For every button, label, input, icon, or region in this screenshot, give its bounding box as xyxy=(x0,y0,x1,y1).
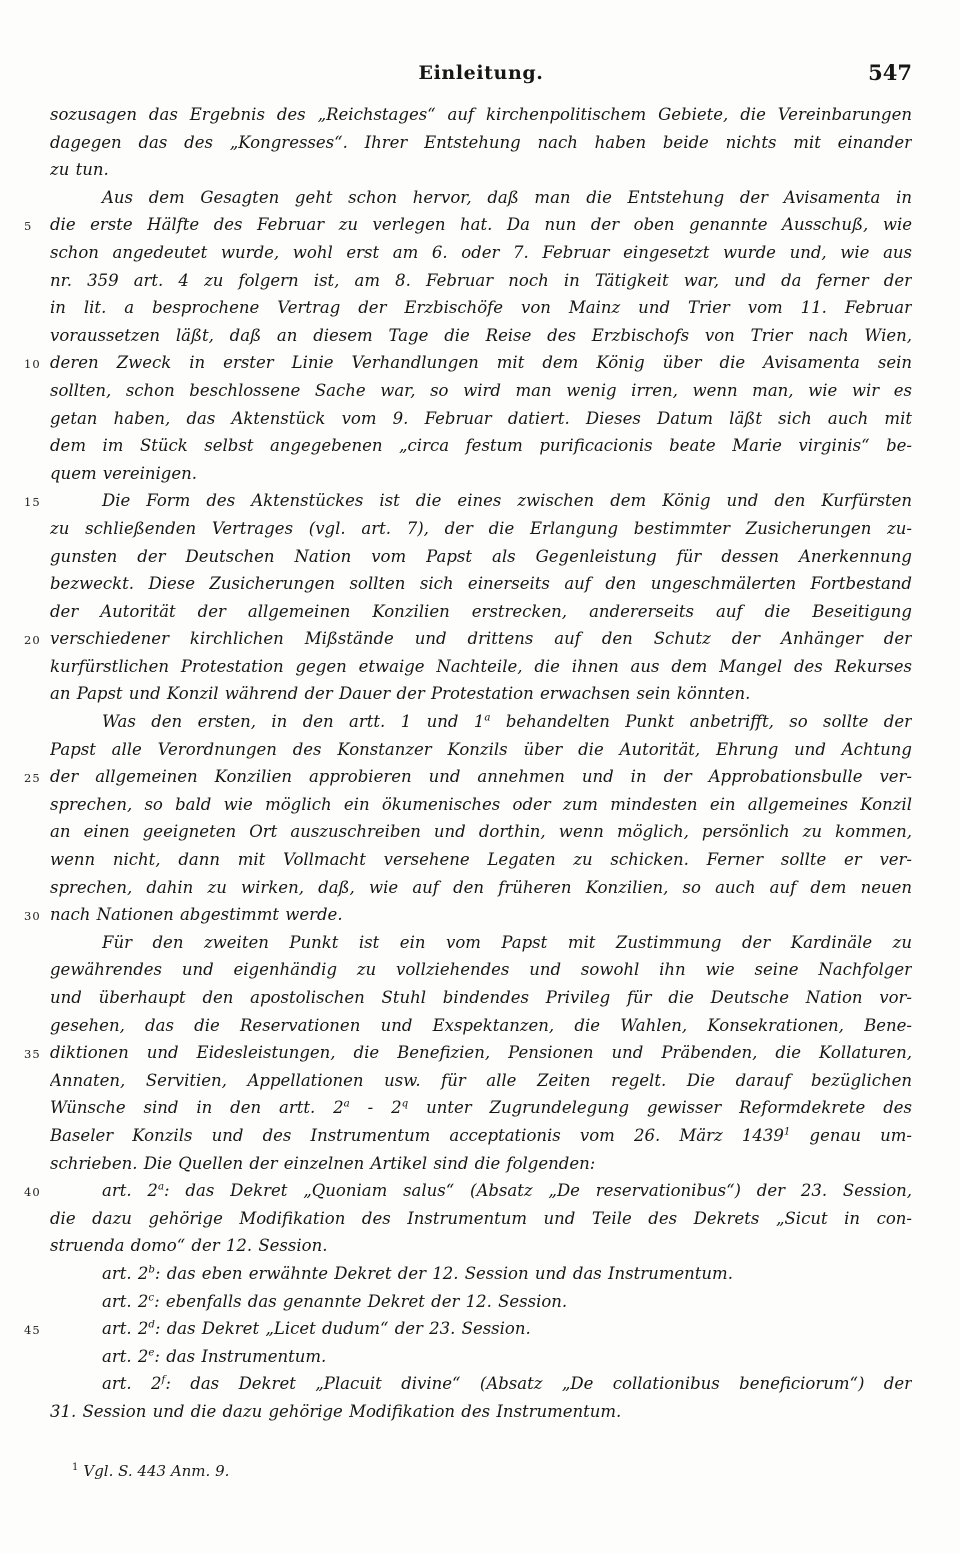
margin-line-number: 15 xyxy=(24,495,50,509)
line-text: sollten, schon beschlossene Sache war, s… xyxy=(50,377,912,405)
text-line: 35diktionen und Eidesleistungen, die Ben… xyxy=(24,1039,936,1067)
text-line: 45art. 2d: das Dekret „Licet dudum“ der … xyxy=(24,1315,936,1343)
text-line: Für den zweiten Punkt ist ein vom Papst … xyxy=(24,929,936,957)
line-text: und überhaupt den apostolischen Stuhl bi… xyxy=(50,984,912,1012)
margin-line-number: 20 xyxy=(24,633,50,647)
text-line: in lit. a besprochene Vertrag der Erzbis… xyxy=(24,294,936,322)
book-page: Einleitung. 547 sozusagen das Ergebnis d… xyxy=(0,0,960,1553)
text-line: 30nach Nationen abgestimmt werde. xyxy=(24,901,936,929)
line-text: 31. Session und die dazu gehörige Modifi… xyxy=(50,1398,912,1426)
running-head: Einleitung. 547 xyxy=(50,62,912,90)
line-text: die dazu gehörige Modifikation des Instr… xyxy=(50,1205,912,1233)
text-block: sozusagen das Ergebnis des „Reichstages“… xyxy=(24,101,936,1426)
line-text: art. 2d: das Dekret „Licet dudum“ der 23… xyxy=(50,1315,912,1343)
text-line: schon angedeutet wurde, wohl erst am 6. … xyxy=(24,239,936,267)
text-line: wenn nicht, dann mit Vollmacht versehene… xyxy=(24,846,936,874)
margin-line-number: 30 xyxy=(24,909,50,923)
line-text: Was den ersten, in den artt. 1 und 1a be… xyxy=(50,708,912,736)
line-text: quem vereinigen. xyxy=(50,460,912,488)
text-line: dagegen das des „Kongresses“. Ihrer Ents… xyxy=(24,129,936,157)
line-text: sozusagen das Ergebnis des „Reichstages“… xyxy=(50,101,912,129)
line-text: art. 2c: ebenfalls das genannte Dekret d… xyxy=(50,1288,912,1316)
text-line: bezweckt. Diese Zusicherungen sollten si… xyxy=(24,570,936,598)
text-line: gewährendes und eigenhändig zu vollziehe… xyxy=(24,956,936,984)
line-text: gunsten der Deutschen Nation vom Papst a… xyxy=(50,543,912,571)
text-line: zu schließenden Vertrages (vgl. art. 7),… xyxy=(24,515,936,543)
margin-line-number: 35 xyxy=(24,1047,50,1061)
text-line: Aus dem Gesagten geht schon hervor, daß … xyxy=(24,184,936,212)
line-text: deren Zweck in erster Linie Verhandlunge… xyxy=(50,349,912,377)
text-line: struenda domo“ der 12. Session. xyxy=(24,1232,936,1260)
line-text: art. 2f: das Dekret „Placuit divine“ (Ab… xyxy=(50,1370,912,1398)
footnote-marker: 1 xyxy=(72,1462,78,1473)
text-line: Annaten, Servitien, Appellationen usw. f… xyxy=(24,1067,936,1095)
text-line: und überhaupt den apostolischen Stuhl bi… xyxy=(24,984,936,1012)
text-line: sollten, schon beschlossene Sache war, s… xyxy=(24,377,936,405)
text-line: Papst alle Verordnungen des Konstanzer K… xyxy=(24,736,936,764)
text-line: 20verschiedener kirchlichen Mißstände un… xyxy=(24,625,936,653)
margin-line-number: 25 xyxy=(24,771,50,785)
text-line: art. 2c: ebenfalls das genannte Dekret d… xyxy=(24,1288,936,1316)
margin-line-number: 45 xyxy=(24,1323,50,1337)
line-text: an einen geeigneten Ort auszuschreiben u… xyxy=(50,818,912,846)
text-line: sprechen, dahin zu wirken, daß, wie auf … xyxy=(24,874,936,902)
line-text: gesehen, das die Reservationen und Exspe… xyxy=(50,1012,912,1040)
line-text: in lit. a besprochene Vertrag der Erzbis… xyxy=(50,294,912,322)
text-line: Baseler Konzils und des Instrumentum acc… xyxy=(24,1122,936,1150)
text-line: quem vereinigen. xyxy=(24,460,936,488)
text-line: gesehen, das die Reservationen und Exspe… xyxy=(24,1012,936,1040)
text-line: zu tun. xyxy=(24,156,936,184)
line-text: nach Nationen abgestimmt werde. xyxy=(50,901,912,929)
line-text: Für den zweiten Punkt ist ein vom Papst … xyxy=(50,929,912,957)
line-text: zu schließenden Vertrages (vgl. art. 7),… xyxy=(50,515,912,543)
text-line: Wünsche sind in den artt. 2a - 2q unter … xyxy=(24,1094,936,1122)
line-text: art. 2a: das Dekret „Quoniam salus“ (Abs… xyxy=(50,1177,912,1205)
line-text: Die Form des Aktenstückes ist die eines … xyxy=(50,487,912,515)
text-line: 15Die Form des Aktenstückes ist die eine… xyxy=(24,487,936,515)
text-line: art. 2b: das eben erwähnte Dekret der 12… xyxy=(24,1260,936,1288)
line-text: an Papst und Konzil während der Dauer de… xyxy=(50,680,912,708)
line-text: struenda domo“ der 12. Session. xyxy=(50,1232,912,1260)
line-text: Wünsche sind in den artt. 2a - 2q unter … xyxy=(50,1094,912,1122)
text-line: 31. Session und die dazu gehörige Modifi… xyxy=(24,1398,936,1426)
line-text: sprechen, dahin zu wirken, daß, wie auf … xyxy=(50,874,912,902)
text-line: dem im Stück selbst angegebenen „circa f… xyxy=(24,432,936,460)
text-line: schrieben. Die Quellen der einzelnen Art… xyxy=(24,1150,936,1178)
line-text: art. 2b: das eben erwähnte Dekret der 12… xyxy=(50,1260,912,1288)
text-line: der Autorität der allgemeinen Konzilien … xyxy=(24,598,936,626)
text-line: sprechen, so bald wie möglich ein ökumen… xyxy=(24,791,936,819)
text-line: art. 2f: das Dekret „Placuit divine“ (Ab… xyxy=(24,1370,936,1398)
chapter-title: Einleitung. xyxy=(50,62,912,84)
line-text: die erste Hälfte des Februar zu verlegen… xyxy=(50,211,912,239)
line-text: kurfürstlichen Protestation gegen etwaig… xyxy=(50,653,912,681)
text-line: an einen geeigneten Ort auszuschreiben u… xyxy=(24,818,936,846)
line-text: bezweckt. Diese Zusicherungen sollten si… xyxy=(50,570,912,598)
text-line: 10deren Zweck in erster Linie Verhandlun… xyxy=(24,349,936,377)
text-line: voraussetzen läßt, daß an diesem Tage di… xyxy=(24,322,936,350)
line-text: Aus dem Gesagten geht schon hervor, daß … xyxy=(50,184,912,212)
line-text: getan haben, das Aktenstück vom 9. Febru… xyxy=(50,405,912,433)
line-text: schrieben. Die Quellen der einzelnen Art… xyxy=(50,1150,912,1178)
text-line: nr. 359 art. 4 zu folgern ist, am 8. Feb… xyxy=(24,267,936,295)
line-text: schon angedeutet wurde, wohl erst am 6. … xyxy=(50,239,912,267)
footnote-text: Vgl. S. 443 Anm. 9. xyxy=(83,1462,229,1480)
line-text: Annaten, Servitien, Appellationen usw. f… xyxy=(50,1067,912,1095)
line-text: Papst alle Verordnungen des Konstanzer K… xyxy=(50,736,912,764)
margin-line-number: 40 xyxy=(24,1185,50,1199)
text-line: art. 2e: das Instrumentum. xyxy=(24,1343,936,1371)
line-text: der allgemeinen Konzilien approbieren un… xyxy=(50,763,912,791)
page-number: 547 xyxy=(868,60,912,85)
margin-line-number: 10 xyxy=(24,357,50,371)
line-text: art. 2e: das Instrumentum. xyxy=(50,1343,912,1371)
line-text: Baseler Konzils und des Instrumentum acc… xyxy=(50,1122,912,1150)
text-line: 5die erste Hälfte des Februar zu verlege… xyxy=(24,211,936,239)
line-text: der Autorität der allgemeinen Konzilien … xyxy=(50,598,912,626)
text-line: 40art. 2a: das Dekret „Quoniam salus“ (A… xyxy=(24,1177,936,1205)
line-text: verschiedener kirchlichen Mißstände und … xyxy=(50,625,912,653)
text-line: sozusagen das Ergebnis des „Reichstages“… xyxy=(24,101,936,129)
text-line: kurfürstlichen Protestation gegen etwaig… xyxy=(24,653,936,681)
line-text: dem im Stück selbst angegebenen „circa f… xyxy=(50,432,912,460)
line-text: gewährendes und eigenhändig zu vollziehe… xyxy=(50,956,912,984)
line-text: dagegen das des „Kongresses“. Ihrer Ents… xyxy=(50,129,912,157)
text-line: die dazu gehörige Modifikation des Instr… xyxy=(24,1205,936,1233)
line-text: voraussetzen läßt, daß an diesem Tage di… xyxy=(50,322,912,350)
line-text: nr. 359 art. 4 zu folgern ist, am 8. Feb… xyxy=(50,267,912,295)
footnote: 1Vgl. S. 443 Anm. 9. xyxy=(72,1462,229,1480)
text-line: getan haben, das Aktenstück vom 9. Febru… xyxy=(24,405,936,433)
line-text: wenn nicht, dann mit Vollmacht versehene… xyxy=(50,846,912,874)
line-text: zu tun. xyxy=(50,156,912,184)
text-line: Was den ersten, in den artt. 1 und 1a be… xyxy=(24,708,936,736)
margin-line-number: 5 xyxy=(24,219,50,233)
line-text: diktionen und Eidesleistungen, die Benef… xyxy=(50,1039,912,1067)
text-line: an Papst und Konzil während der Dauer de… xyxy=(24,680,936,708)
text-line: 25der allgemeinen Konzilien approbieren … xyxy=(24,763,936,791)
line-text: sprechen, so bald wie möglich ein ökumen… xyxy=(50,791,912,819)
text-line: gunsten der Deutschen Nation vom Papst a… xyxy=(24,543,936,571)
